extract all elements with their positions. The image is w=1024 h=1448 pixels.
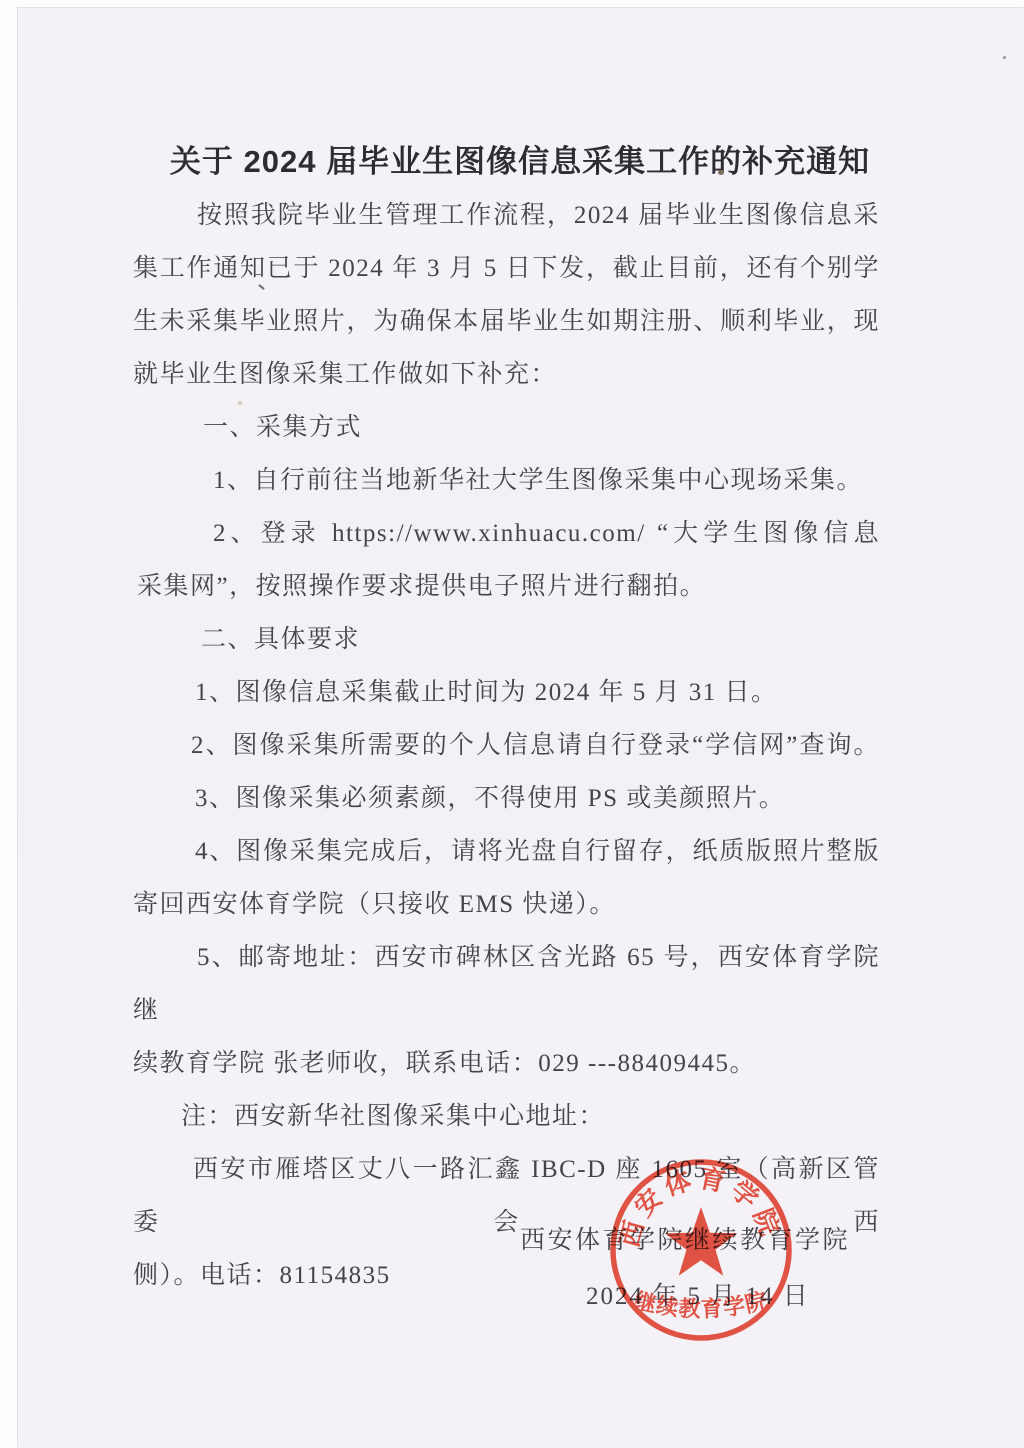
svg-text:继续教育学院: 继续教育学院 (632, 1288, 771, 1322)
document-line: 二、具体要求 (133, 613, 880, 666)
document-line: 采集网”，按照操作要求提供电子照片进行翻拍。 (133, 560, 880, 613)
scan-speck (1003, 56, 1006, 59)
document-line: 1、自行前往当地新华社大学生图像采集中心现场采集。 (133, 454, 880, 507)
document-line: 一、采集方式 (133, 401, 880, 454)
official-seal-stamp: 西安体育学院 继续教育学院 (588, 1137, 814, 1363)
document-line: 寄回西安体育学院（只接收 EMS 快递）。 (133, 878, 880, 931)
document-line: 按照我院毕业生管理工作流程，2024 届毕业生图像信息采 (133, 189, 880, 242)
scan-speck (718, 170, 724, 175)
document-line: 5、邮寄地址：西安市碑林区含光路 65 号，西安体育学院继 (133, 931, 880, 1037)
document-line: 2、登录 https://www.xinhuacu.com/ “大学生图像信息 (133, 507, 880, 560)
document-line: 2、图像采集所需要的个人信息请自行登录“学信网”查询。 (133, 719, 880, 772)
seal-star-icon (665, 1207, 737, 1276)
document-line: 就毕业生图像采集工作做如下补充： (133, 348, 880, 401)
document-line: 4、图像采集完成后，请将光盘自行留存，纸质版照片整版 (133, 825, 880, 878)
document-line: 生未采集毕业照片，为确保本届毕业生如期注册、顺利毕业，现 (133, 295, 880, 348)
document-line: 注：西安新华社图像采集中心地址： (133, 1090, 880, 1143)
scan-speck (238, 401, 242, 405)
document-line: 3、图像采集必须素颜，不得使用 PS 或美颜照片。 (133, 772, 880, 825)
document-body: 按照我院毕业生管理工作流程，2024 届毕业生图像信息采集工作通知已于 2024… (133, 189, 880, 1302)
seal-bottom-text: 继续教育学院 (632, 1288, 771, 1322)
document-line: 集工作通知已于 2024 年 3 月 5 日下发，截止目前，还有个别学 (133, 242, 880, 295)
document-line: 续教育学院 张老师收，联系电话：029 ---88409445。 (133, 1037, 880, 1090)
document-title: 关于 2024 届毕业生图像信息采集工作的补充通知 (150, 136, 890, 181)
document-line: 1、图像信息采集截止时间为 2024 年 5 月 31 日。 (133, 666, 880, 719)
